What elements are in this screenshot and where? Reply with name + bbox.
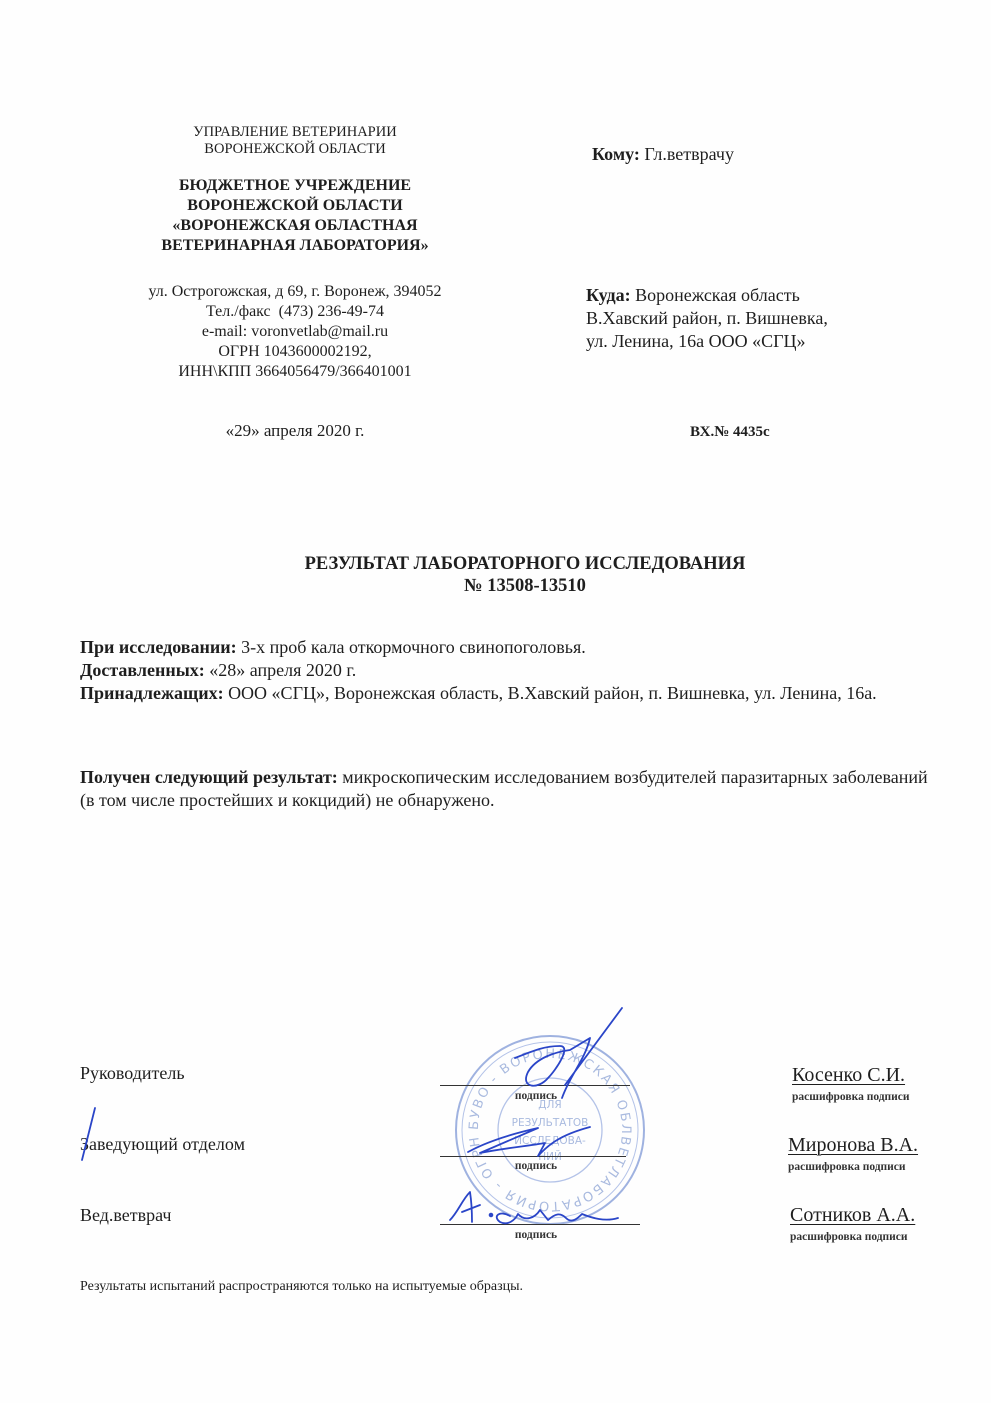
organization-stamp: БУВО - ВОРОНЕЖСКАЯ ОБЛВЕТЛАБОРАТОРИЯ - О… [452, 1032, 648, 1228]
org-inn-kpp: ИНН\КПП 3664056479/366401001 [100, 362, 490, 382]
signature-line-department-head [440, 1156, 626, 1157]
study-details: При исследовании: 3-х проб кала откормоч… [80, 636, 945, 705]
result-label: Получен следующий результат: [80, 767, 338, 787]
org-phone-fax: Тел./факс (473) 236-49-74 [100, 302, 490, 322]
destination-label: Куда: [586, 285, 631, 305]
name-caption-director: расшифровка подписи [792, 1091, 910, 1103]
signature-caption-department-head: подпись [436, 1160, 636, 1172]
parent-org-line2: ВОРОНЕЖСКОЙ ОБЛАСТИ [120, 141, 470, 158]
org-name-line4: ВЕТЕРИНАРНАЯ ЛАБОРАТОРИЯ» [100, 236, 490, 256]
org-address: ул. Острогожская, д 69, г. Воронеж, 3940… [100, 282, 490, 302]
document-title: РЕЗУЛЬТАТ ЛАБОРАТОРНОГО ИССЛЕДОВАНИЯ № 1… [100, 553, 950, 597]
name-department-head: Миронова В.А. [788, 1134, 918, 1157]
delivered-value: «28» апреля 2020 г. [205, 660, 357, 680]
result-number: № 13508-13510 [100, 575, 950, 597]
destination-line2: В.Хавский район, п. Вишневка, [586, 307, 828, 330]
delivered-line: Доставленных: «28» апреля 2020 г. [80, 659, 945, 682]
recipient-label: Кому: [592, 144, 640, 164]
signature-line-lead-vet [440, 1224, 640, 1225]
owner-label: Принадлежащих: [80, 683, 224, 703]
role-director: Руководитель [80, 1063, 185, 1084]
research-value: 3-х проб кала откормочного свинопоголовь… [237, 637, 586, 657]
org-ogrn: ОГРН 1043600002192, [100, 342, 490, 362]
name-caption-lead-vet: расшифровка подписи [790, 1231, 908, 1243]
signature-caption-lead-vet: подпись [436, 1229, 636, 1241]
recipient: Кому: Гл.ветврачу [592, 144, 734, 165]
stamp-line2: РЕЗУЛЬТАТОВ [512, 1117, 589, 1129]
title-line1: РЕЗУЛЬТАТ ЛАБОРАТОРНОГО ИССЛЕДОВАНИЯ [100, 553, 950, 575]
org-email: e-mail: voronvetlab@mail.ru [100, 322, 490, 342]
role-lead-vet: Вед.ветврач [80, 1205, 172, 1226]
organization-contacts: ул. Острогожская, д 69, г. Воронеж, 3940… [100, 282, 490, 382]
name-caption-department-head: расшифровка подписи [788, 1161, 906, 1173]
org-name-line2: ВОРОНЕЖСКОЙ ОБЛАСТИ [100, 196, 490, 216]
organization-name: БЮДЖЕТНОЕ УЧРЕЖДЕНИЕ ВОРОНЕЖСКОЙ ОБЛАСТИ… [100, 176, 490, 256]
owner-value: ООО «СГЦ», Воронежская область, В.Хавски… [224, 683, 877, 703]
destination-line1: Воронежская область [631, 285, 800, 305]
signature-line-director [440, 1085, 630, 1086]
role-department-head: Заведующий отделом [80, 1134, 245, 1155]
destination-line3: ул. Ленина, 16а ООО «СГЦ» [586, 330, 828, 353]
incoming-number: ВХ.№ 4435с [690, 424, 770, 441]
document-date: «29» апреля 2020 г. [150, 421, 440, 441]
owner-line: Принадлежащих: ООО «СГЦ», Воронежская об… [80, 682, 945, 705]
name-lead-vet: Сотников А.А. [790, 1204, 915, 1227]
parent-organization: УПРАВЛЕНИЕ ВЕТЕРИНАРИИ ВОРОНЕЖСКОЙ ОБЛАС… [120, 124, 470, 158]
recipient-value: Гл.ветврачу [640, 144, 734, 164]
research-line: При исследовании: 3-х проб кала откормоч… [80, 636, 945, 659]
signature-caption-director: подпись [436, 1090, 636, 1102]
delivered-label: Доставленных: [80, 660, 205, 680]
research-label: При исследовании: [80, 637, 237, 657]
org-name-line3: «ВОРОНЕЖСКАЯ ОБЛАСТНАЯ [100, 216, 490, 236]
destination-address: Куда: Воронежская область В.Хавский райо… [586, 284, 828, 353]
parent-org-line1: УПРАВЛЕНИЕ ВЕТЕРИНАРИИ [120, 124, 470, 141]
name-director: Косенко С.И. [792, 1064, 905, 1087]
stamp-line3: ИССЛЕДОВА- [514, 1135, 586, 1147]
footer-disclaimer: Результаты испытаний распространяются то… [80, 1279, 523, 1295]
org-name-line1: БЮДЖЕТНОЕ УЧРЕЖДЕНИЕ [100, 176, 490, 196]
result-statement: Получен следующий результат: микроскопич… [80, 766, 945, 812]
